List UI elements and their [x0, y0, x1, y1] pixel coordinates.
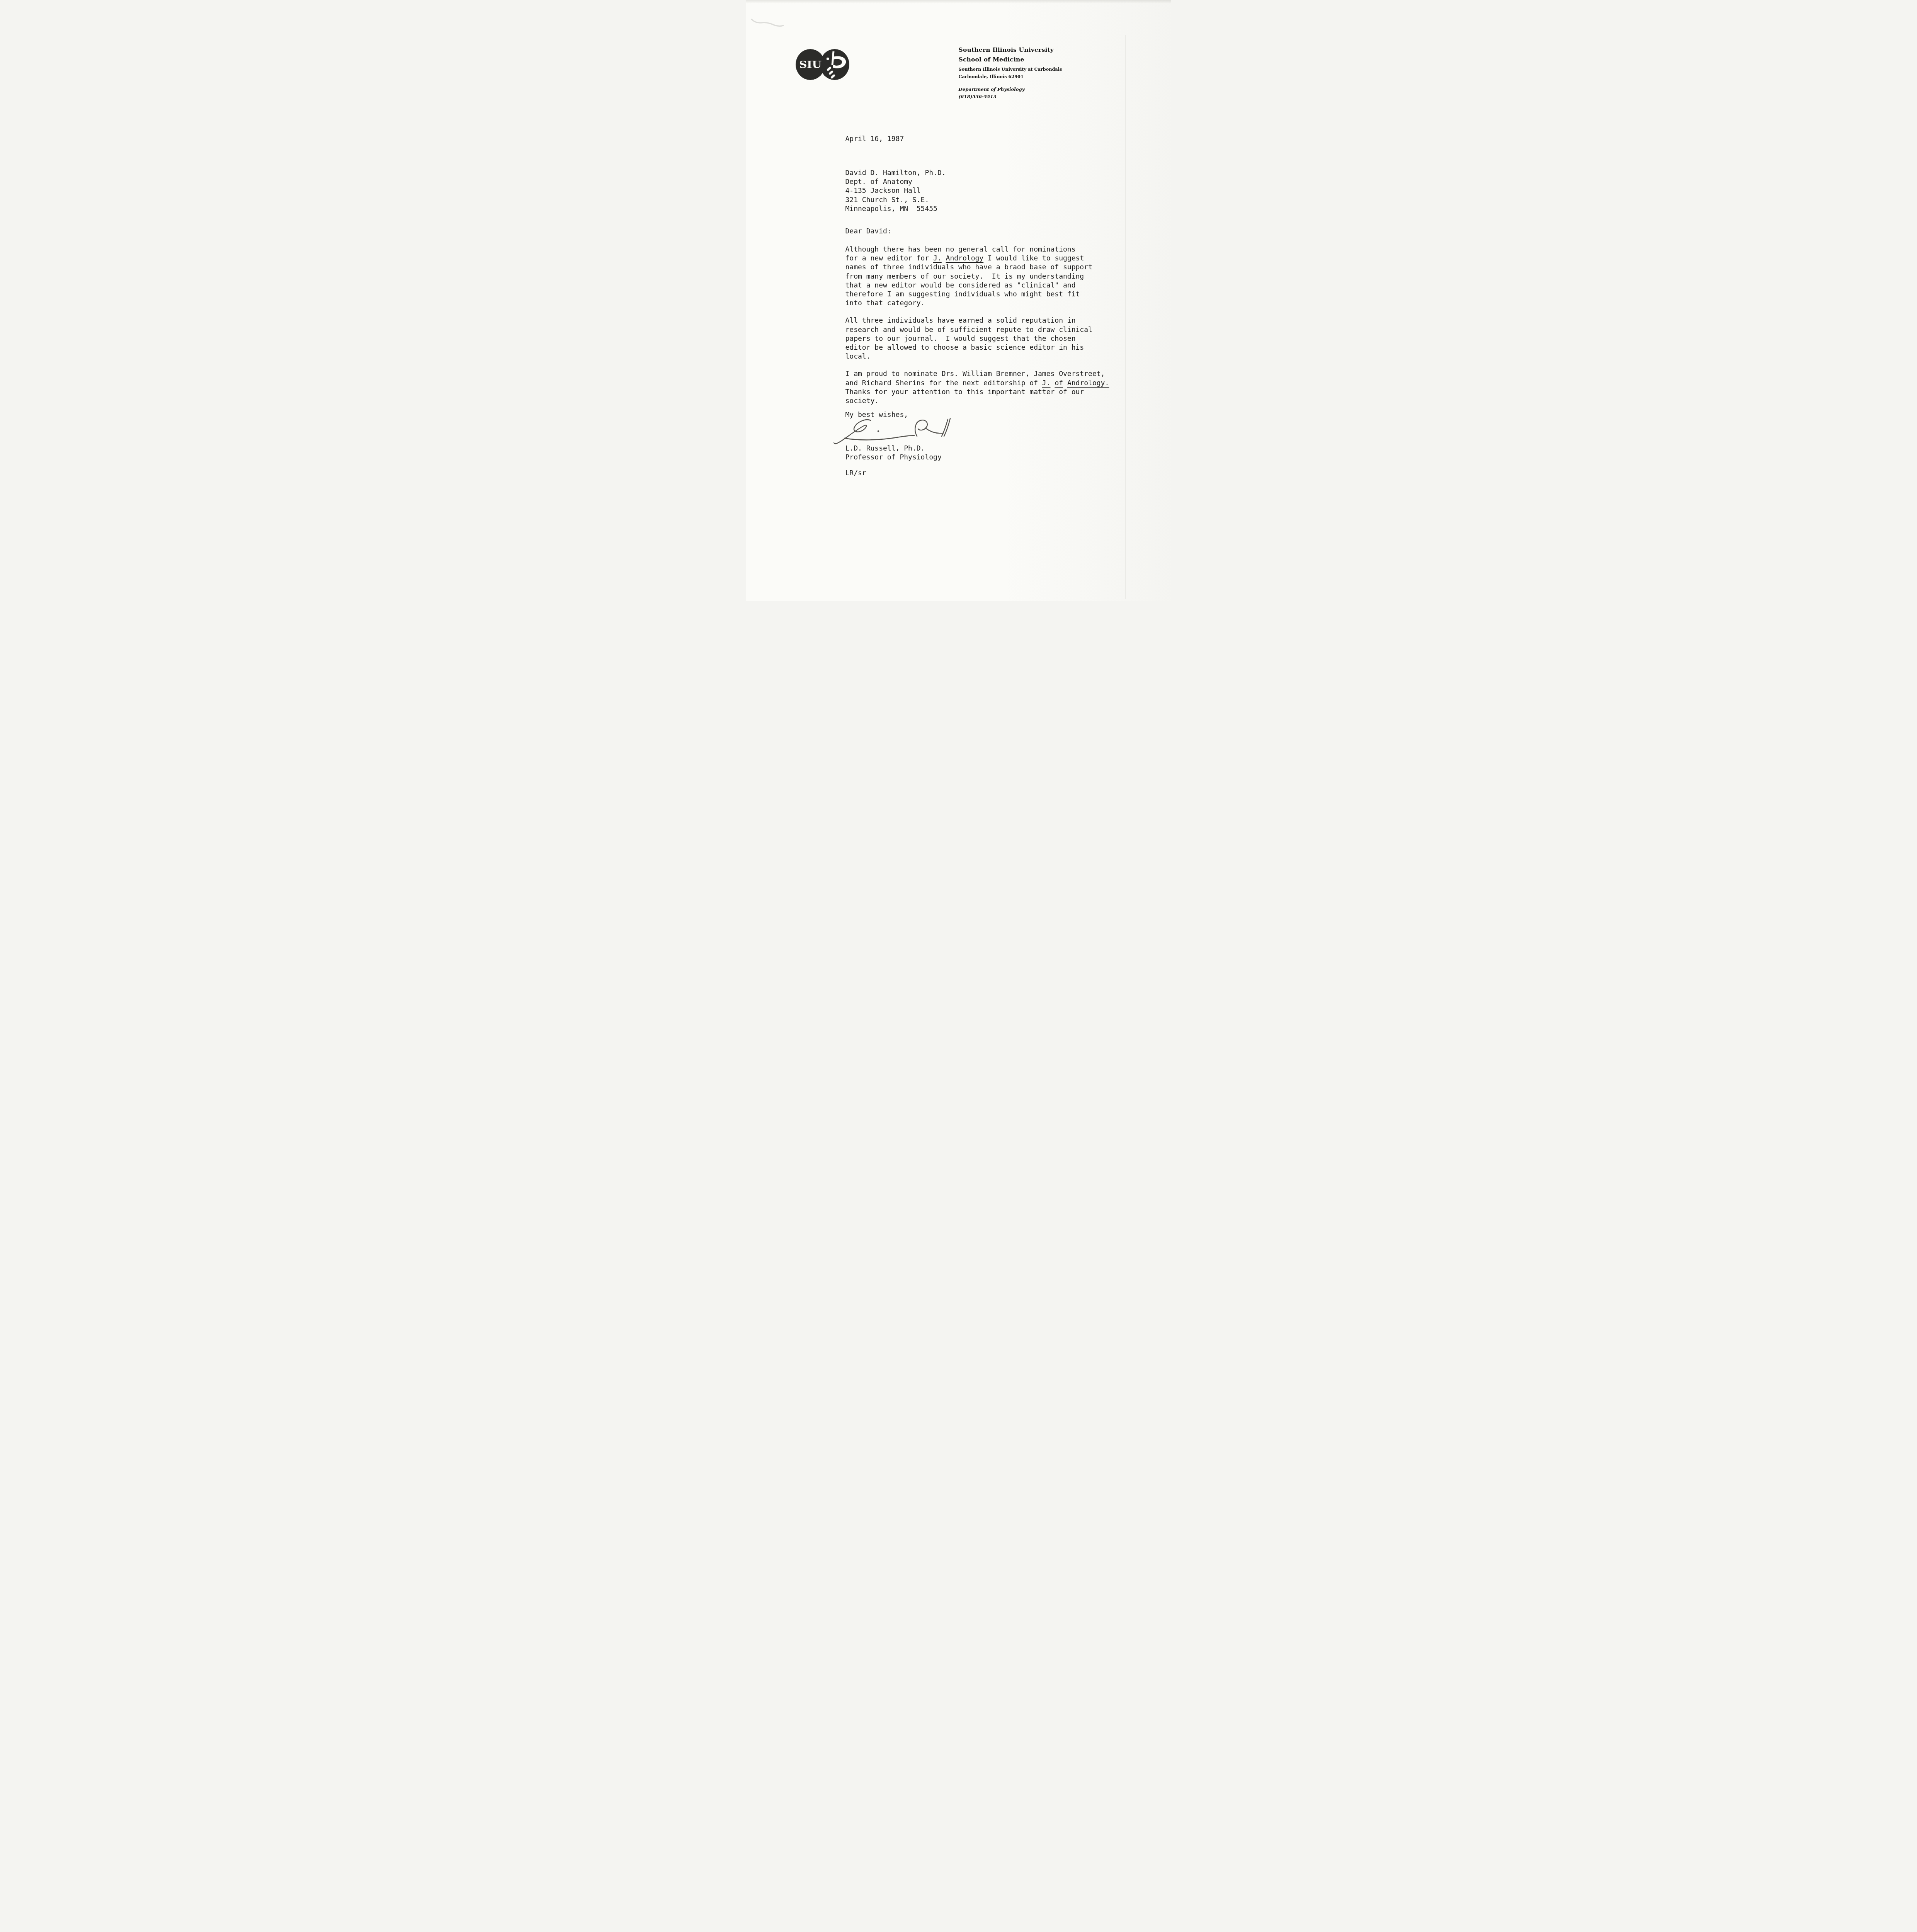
paragraph: I am proud to nominate Drs. William Brem…: [845, 369, 1124, 405]
text-line: I am proud to nominate Drs. William Brem…: [845, 369, 1124, 378]
department-phone: (618)536-5513: [959, 93, 1063, 100]
address-line: 321 Church St., S.E.: [845, 196, 946, 204]
text-segment: from many members of our society. It is …: [845, 272, 1084, 281]
text-segment: for a new editor for: [845, 254, 934, 262]
university-name: Southern Illinois University: [959, 45, 1063, 54]
text-line: from many members of our society. It is …: [845, 272, 1124, 281]
letter-date: April 16, 1987: [845, 135, 904, 143]
typist-reference-initials: LR/sr: [845, 469, 866, 477]
signer-title: Professor of Physiology: [845, 453, 942, 461]
school-name: School of Medicine: [959, 54, 1063, 64]
text-segment: and Richard Sherins for the next editors…: [845, 379, 1042, 387]
text-segment: papers to our journal. I would suggest t…: [845, 335, 1076, 343]
paragraph: All three individuals have earned a soli…: [845, 316, 1124, 361]
text-segment: Thanks for your attention to this import…: [845, 388, 1084, 396]
address-line: David D. Hamilton, Ph.D.: [845, 168, 946, 177]
text-segment: research and would be of sufficient repu…: [845, 326, 1092, 334]
text-line: Thanks for your attention to this import…: [845, 388, 1124, 396]
text-segment: local.: [845, 352, 871, 361]
scan-scuff-mark: [749, 15, 786, 27]
text-line: editor be allowed to choose a basic scie…: [845, 343, 1124, 352]
department-name: Department of Physiology: [959, 86, 1063, 93]
address-line: Dept. of Anatomy: [845, 177, 946, 186]
underlined-text: J.: [933, 254, 942, 262]
text-line: into that category.: [845, 299, 1124, 308]
text-segment: therefore I am suggesting individuals wh…: [845, 290, 1080, 298]
address-line: Minneapolis, MN 55455: [845, 204, 946, 213]
logo-text: SIU: [799, 59, 822, 71]
text-line: therefore I am suggesting individuals wh…: [845, 290, 1124, 299]
text-line: papers to our journal. I would suggest t…: [845, 334, 1124, 343]
address-line: 4-135 Jackson Hall: [845, 186, 946, 195]
text-segment: I am proud to nominate Drs. William Brem…: [845, 370, 1105, 378]
letterhead: Southern Illinois University School of M…: [959, 45, 1063, 100]
text-segment: [1063, 379, 1067, 387]
scan-vertical-streak: [1125, 35, 1126, 599]
text-segment: names of three individuals who have a br…: [845, 263, 1092, 271]
text-line: names of three individuals who have a br…: [845, 263, 1124, 272]
salutation: Dear David:: [845, 227, 891, 235]
text-line: society.: [845, 396, 1124, 405]
scan-paper-edge-line: [746, 562, 1171, 562]
text-segment: society.: [845, 397, 879, 405]
text-segment: Although there has been no general call …: [845, 245, 1076, 253]
text-segment: into that category.: [845, 299, 925, 307]
campus-line: Southern Illinois University at Carbonda…: [959, 66, 1063, 73]
city-line: Carbondale, Illinois 62901: [959, 73, 1063, 80]
text-line: for a new editor for J. Andrology I woul…: [845, 254, 1124, 263]
underlined-text: J.: [1042, 379, 1051, 387]
text-segment: All three individuals have earned a soli…: [845, 316, 1076, 325]
text-line: Although there has been no general call …: [845, 245, 1124, 254]
text-segment: I would like to suggest: [983, 254, 1084, 262]
text-line: research and would be of sufficient repu…: [845, 325, 1124, 334]
underlined-text: of: [1055, 379, 1063, 387]
text-segment: [1051, 379, 1055, 387]
text-segment: editor be allowed to choose a basic scie…: [845, 344, 1084, 352]
text-line: and Richard Sherins for the next editors…: [845, 379, 1124, 388]
recipient-address: David D. Hamilton, Ph.D.Dept. of Anatomy…: [845, 168, 946, 213]
paragraph: Although there has been no general call …: [845, 245, 1124, 308]
text-segment: [942, 254, 946, 262]
letter-page: SIU Southern Illinois University School …: [746, 0, 1171, 601]
signer-name: L.D. Russell, Ph.D.: [845, 444, 925, 452]
text-line: All three individuals have earned a soli…: [845, 316, 1124, 325]
underlined-text: Andrology.: [1067, 379, 1109, 387]
text-segment: that a new editor would be considered as…: [845, 281, 1076, 289]
scan-top-edge-shading: [746, 0, 1171, 3]
text-line: that a new editor would be considered as…: [845, 281, 1124, 290]
letter-body: Although there has been no general call …: [845, 245, 1124, 414]
underlined-text: Andrology: [946, 254, 984, 262]
text-line: local.: [845, 352, 1124, 361]
siu-school-of-medicine-logo-icon: SIU: [796, 49, 850, 80]
